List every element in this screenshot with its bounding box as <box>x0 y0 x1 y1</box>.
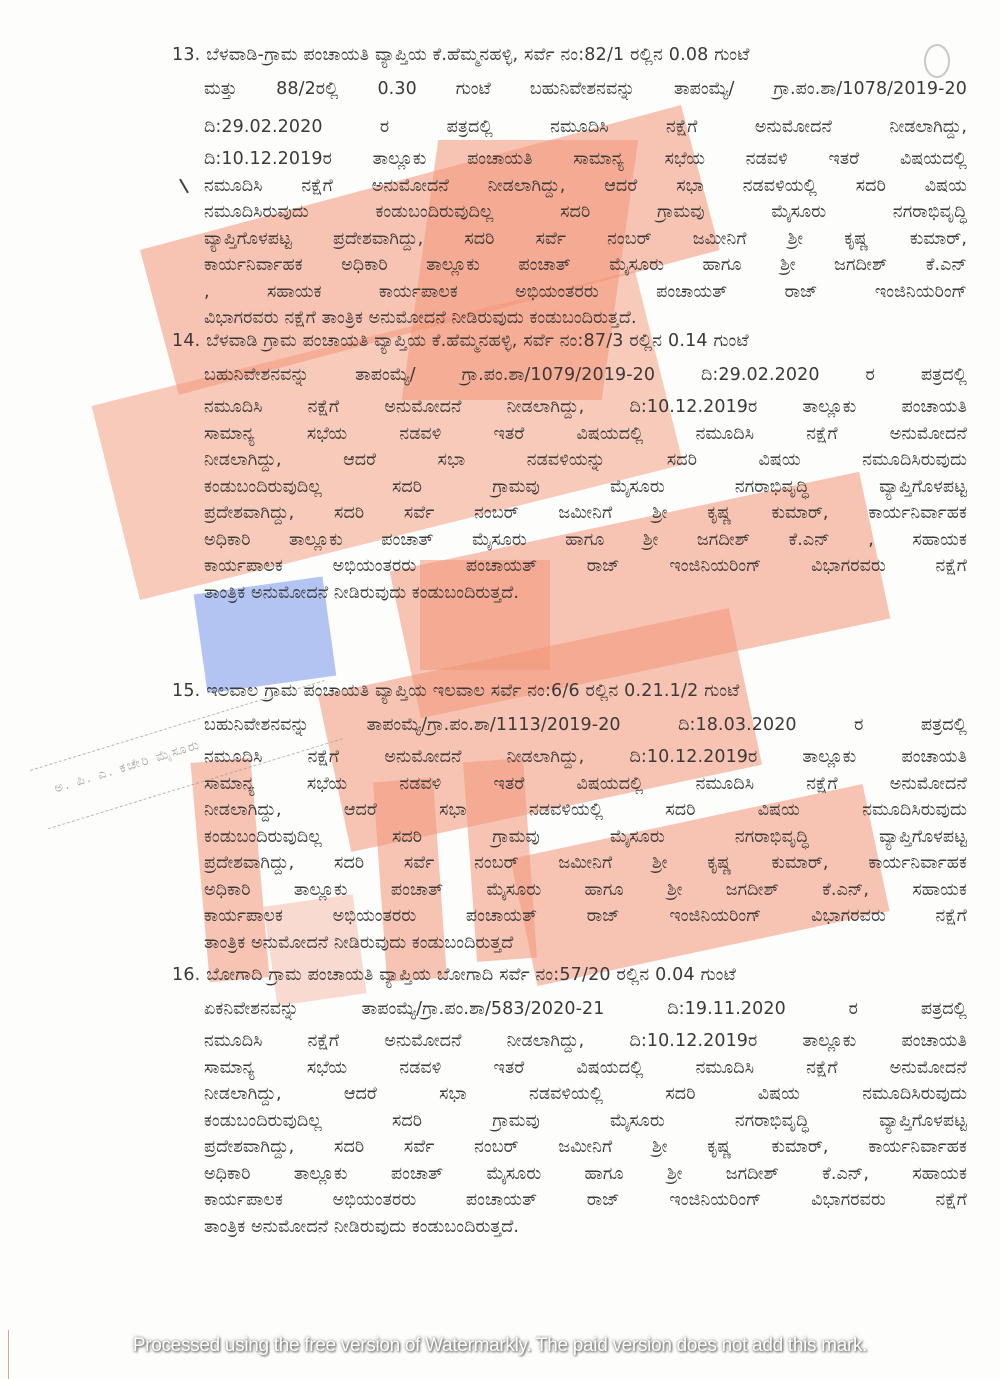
item-line: ಸಾಮಾನ್ಯ ಸಭೆಯ ನಡವಳಿ ಇತರೆ ವಿಷಯದಲ್ಲಿ ನಮೂದಿಸ… <box>172 1055 967 1082</box>
list-item-16: 16. ಬೋಗಾದಿ ಗ್ರಾಮ ಪಂಚಾಯತಿ ವ್ಯಾಪ್ತಿಯ ಬೋಗಾದ… <box>172 960 967 1240</box>
item-line: ತಾಂತ್ರಿಕ ಅನುಮೋದನೆ ನೀಡಿರುವುದು ಕಂಡುಬಂದಿರುತ… <box>172 580 967 607</box>
item-line: ಕಂಡುಬಂದಿರುವುದಿಲ್ಲ ಸದರಿ ಗ್ರಾಮವು ಮೈಸೂರು ನಗ… <box>172 824 967 851</box>
item-line: ನೀಡಲಾಗಿದ್ದು, ಆದರೆ ಸಭಾ ನಡವಳಿಯಲ್ಲಿ ಸದರಿ ವಿ… <box>172 797 967 824</box>
item-line: ಕಂಡುಬಂದಿರುವುದಿಲ್ಲ ಸದರಿ ಗ್ರಾಮವು ಮೈಸೂರು ನಗ… <box>172 474 967 501</box>
item-line: ಪ್ರದೇಶವಾಗಿದ್ದು, ಸದರಿ ಸರ್ವೆ ನಂಬರ್ ಜಮೀನಿಗೆ… <box>172 1134 967 1161</box>
item-first-line: 13. ಬೆಳವಾಡಿ-ಗ್ರಾಮ ಪಂಚಾಯತಿ ವ್ಯಾಪ್ತಿಯ ಕೆ.ಹ… <box>172 40 967 70</box>
item-line: ತಾಂತ್ರಿಕ ಅನುಮೋದನೆ ನೀಡಿರುವುದು ಕಂಡುಬಂದಿರುತ… <box>172 1214 967 1241</box>
item-first-line: 16. ಬೋಗಾದಿ ಗ್ರಾಮ ಪಂಚಾಯತಿ ವ್ಯಾಪ್ತಿಯ ಬೋಗಾದ… <box>172 960 967 990</box>
item-line: ಮತ್ತು 88/2ರಲ್ಲಿ 0.30 ಗುಂಟೆ ಬಹುನಿವೇಶನವನ್ನ… <box>172 70 967 108</box>
item-line: ಅಧಿಕಾರಿ ತಾಲ್ಲೂಕು ಪಂಚಾತ್ ಮೈಸೂರು ಹಾಗೂ ಶ್ರೀ… <box>172 527 967 554</box>
item-line: ಏಕನಿವೇಶನವನ್ನು ತಾಪಂಮ್ಯೆ/ಗ್ರಾ.ಪಂ.ಶಾ/583/20… <box>172 990 967 1028</box>
watermarkly-footer-text: Processed using the free version of Wate… <box>0 1335 1000 1357</box>
item-number: 13. <box>172 40 200 70</box>
item-number: 14. <box>172 326 200 356</box>
item-line: ನೀಡಲಾಗಿದ್ದು, ಆದರೆ ಸಭಾ ನಡವಳಿಯಲ್ಲಿ ಸದರಿ ವಿ… <box>172 1081 967 1108</box>
item-heading-text: ಬೋಗಾದಿ ಗ್ರಾಮ ಪಂಚಾಯತಿ ವ್ಯಾಪ್ತಿಯ ಬೋಗಾದಿ ಸರ… <box>206 965 736 985</box>
item-line: ಪ್ರದೇಶವಾಗಿದ್ದು, ಸದರಿ ಸರ್ವೆ ನಂಬರ್ ಜಮೀನಿಗೆ… <box>172 500 967 527</box>
list-item-14: 14. ಬೆಳವಾಡಿ ಗ್ರಾಮ ಪಂಚಾಯತಿ ವ್ಯಾಪ್ತಿಯ ಕೆ.ಹ… <box>172 326 967 606</box>
item-heading-text: ಬೆಳವಾಡಿ-ಗ್ರಾಮ ಪಂಚಾಯತಿ ವ್ಯಾಪ್ತಿಯ ಕೆ.ಹೆಮ್ಮ… <box>206 45 749 65</box>
item-line: ಕಾರ್ಯಪಾಲಕ ಅಭಿಯಂತರರು ಪಂಚಾಯತ್ ರಾಜ್ ಇಂಜಿನಿಯ… <box>172 903 967 930</box>
item-line: ನಮೂದಿಸಿರುವುದು ಕಂಡುಬಂದಿರುವುದಿಲ್ಲ ಸದರಿ ಗ್ರ… <box>172 199 967 226</box>
item-line: ನಮೂದಿಸಿ ನಕ್ಷೆಗೆ ಅನುಮೋದನೆ ನೀಡಲಾಗಿದ್ದು, ಆದ… <box>172 173 967 200</box>
item-line: ದಿ:10.12.2019ರ ತಾಲ್ಲೂಕು ಪಂಚಾಯತಿ ಸಾಮಾನ್ಯ … <box>172 146 967 173</box>
item-number: 15. <box>172 676 200 706</box>
item-line: ವ್ಯಾಪ್ತಿಗೊಳಪಟ್ಟ ಪ್ರದೇಶವಾಗಿದ್ದು, ಸದರಿ ಸರ್… <box>172 226 967 253</box>
list-item-13: 13. ಬೆಳವಾಡಿ-ಗ್ರಾಮ ಪಂಚಾಯತಿ ವ್ಯಾಪ್ತಿಯ ಕೆ.ಹ… <box>172 40 967 332</box>
item-line: ಕಾರ್ಯಪಾಲಕ ಅಭಿಯಂತರರು ಪಂಚಾಯತ್ ರಾಜ್ ಇಂಜಿನಿಯ… <box>172 1187 967 1214</box>
item-heading-text: ಬೆಳವಾಡಿ ಗ್ರಾಮ ಪಂಚಾಯತಿ ವ್ಯಾಪ್ತಿಯ ಕೆ.ಹೆಮ್ಮ… <box>206 331 749 351</box>
item-first-line: 14. ಬೆಳವಾಡಿ ಗ್ರಾಮ ಪಂಚಾಯತಿ ವ್ಯಾಪ್ತಿಯ ಕೆ.ಹ… <box>172 326 967 356</box>
item-number: 16. <box>172 960 200 990</box>
item-line: ಸಾಮಾನ್ಯ ಸಭೆಯ ನಡವಳಿ ಇತರೆ ವಿಷಯದಲ್ಲಿ ನಮೂದಿಸ… <box>172 421 967 448</box>
item-line: ದಿ:29.02.2020 ರ ಪತ್ರದಲ್ಲಿ ನಮೂದಿಸಿ ನಕ್ಷೆಗ… <box>172 108 967 146</box>
item-line: ಅಧಿಕಾರಿ ತಾಲ್ಲೂಕು ಪಂಚಾತ್ ಮೈಸೂರು ಹಾಗೂ ಶ್ರೀ… <box>172 877 967 904</box>
item-line: ನಮೂದಿಸಿ ನಕ್ಷೆಗೆ ಅನುಮೋದನೆ ನೀಡಲಾಗಿದ್ದು, ದಿ… <box>172 394 967 421</box>
item-line: ಅಧಿಕಾರಿ ತಾಲ್ಲೂಕು ಪಂಚಾತ್ ಮೈಸೂರು ಹಾಗೂ ಶ್ರೀ… <box>172 1161 967 1188</box>
item-line: ಸಾಮಾನ್ಯ ಸಭೆಯ ನಡವಳಿ ಇತರೆ ವಿಷಯದಲ್ಲಿ ನಮೂದಿಸ… <box>172 771 967 798</box>
item-line: , ಸಹಾಯಕ ಕಾರ್ಯಪಾಲಕ ಅಭಿಯಂತರರು ಪಂಚಾಯತ್ ರಾಜ್… <box>172 279 967 306</box>
item-line: ಕಂಡುಬಂದಿರುವುದಿಲ್ಲ ಸದರಿ ಗ್ರಾಮವು ಮೈಸೂರು ನಗ… <box>172 1108 967 1135</box>
item-line: ತಾಂತ್ರಿಕ ಅನುಮೋದನೆ ನೀಡಿರುವುದು ಕಂಡುಬಂದಿರುತ… <box>172 930 967 957</box>
item-line: ಕಾರ್ಯಪಾಲಕ ಅಭಿಯಂತರರು ಪಂಚಾಯತ್ ರಾಜ್ ಇಂಜಿನಿಯ… <box>172 553 967 580</box>
item-line: ನೀಡಲಾಗಿದ್ದು, ಆದರೆ ಸಭಾ ನಡವಳಿಯನ್ನು ಸದರಿ ವಿ… <box>172 447 967 474</box>
item-line: ಕಾರ್ಯನಿರ್ವಾಹಕ ಅಧಿಕಾರಿ ತಾಲ್ಲೂಕು ಪಂಚಾತ್ ಮೈ… <box>172 252 967 279</box>
scanned-document-page: 13. ಬೆಳವಾಡಿ-ಗ್ರಾಮ ಪಂಚಾಯತಿ ವ್ಯಾಪ್ತಿಯ ಕೆ.ಹ… <box>0 0 1000 1379</box>
item-line: ಬಹುನಿವೇಶನವನ್ನು ತಾಪಂಮ್ಯೆ/ ಗ್ರಾ.ಪಂ.ಶಾ/1079… <box>172 356 967 394</box>
item-line: ಪ್ರದೇಶವಾಗಿದ್ದು, ಸದರಿ ಸರ್ವೆ ನಂಬರ್ ಜಮೀನಿಗೆ… <box>172 850 967 877</box>
item-line: ನಮೂದಿಸಿ ನಕ್ಷೆಗೆ ಅನುಮೋದನೆ ನೀಡಲಾಗಿದ್ದು, ದಿ… <box>172 1028 967 1055</box>
